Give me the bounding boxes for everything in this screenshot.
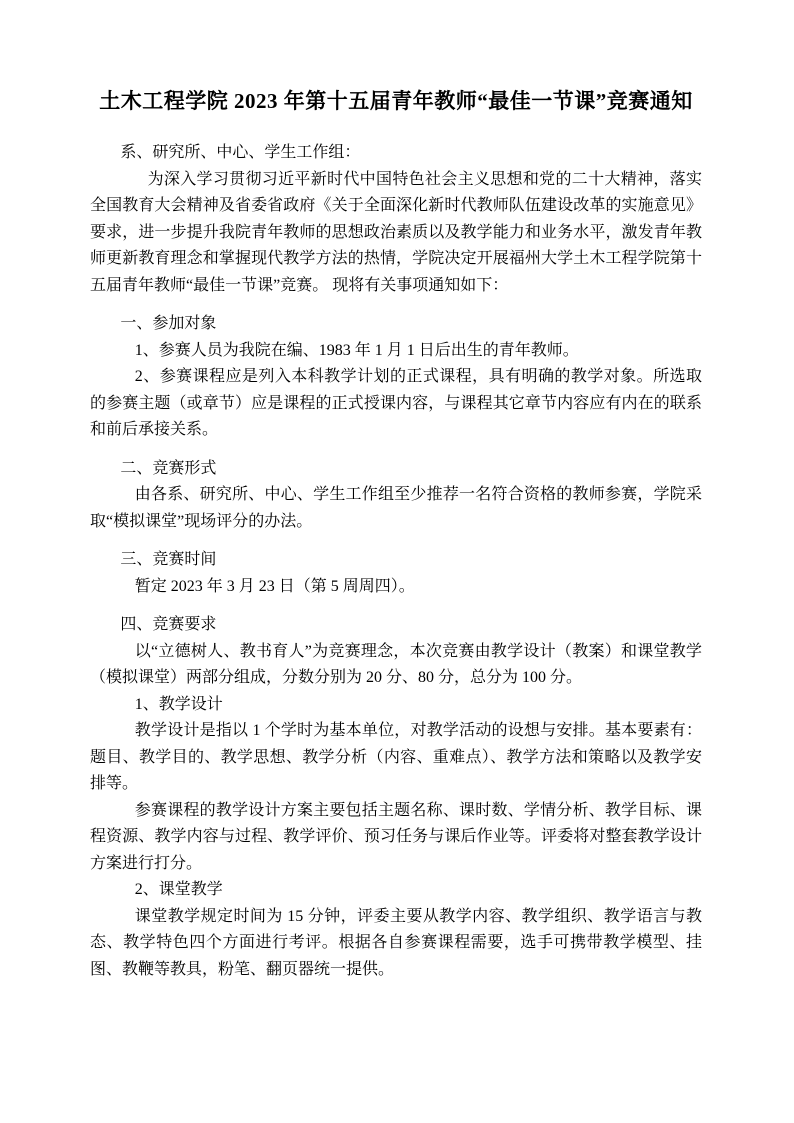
intro-paragraph: 为深入学习贯彻习近平新时代中国特色社会主义思想和党的二十大精神，落实全国教育大会… [90,167,702,300]
section-1-item-1: 1、参赛人员为我院在编、1983 年 1 月 1 日后出生的青年教师。 [90,338,702,365]
section-1-item-2: 2、参赛课程应是列入本科教学计划的正式课程，具有明确的教学对象。所选取的参赛主题… [90,364,702,444]
document-page: 土木工程学院 2023 年第十五届青年教师“最佳一节课”竞赛通知 系、研究所、中… [0,0,794,1123]
section-4-subitem-2-heading: 2、课堂教学 [90,877,702,904]
section-2-heading: 二、竞赛形式 [90,456,702,483]
section-4-paragraph-4: 课堂教学规定时间为 15 分钟，评委主要从教学内容、教学组织、教学语言与教态、教… [90,904,702,984]
section-2-paragraph: 由各系、研究所、中心、学生工作组至少推荐一名符合资格的教师参赛，学院采取“模拟课… [90,482,702,535]
section-4-heading: 四、竞赛要求 [90,612,702,639]
section-4-paragraph-1: 以“立德树人、教书育人”为竞赛理念，本次竞赛由教学设计（教案）和课堂教学（模拟课… [90,639,702,692]
section-4-paragraph-3: 参赛课程的教学设计方案主要包括主题名称、课时数、学情分析、教学目标、课程资源、教… [90,798,702,878]
salutation-line: 系、研究所、中心、学生工作组： [90,140,702,167]
section-3-paragraph: 暂定 2023 年 3 月 23 日（第 5 周周四）。 [90,574,702,601]
document-title: 土木工程学院 2023 年第十五届青年教师“最佳一节课”竞赛通知 [90,88,702,115]
section-3-heading: 三、竞赛时间 [90,547,702,574]
section-4-subitem-1-heading: 1、教学设计 [90,692,702,719]
section-1-heading: 一、参加对象 [90,311,702,338]
section-4-paragraph-2: 教学设计是指以 1 个学时为基本单位，对教学活动的设想与安排。基本要素有：题目、… [90,718,702,798]
